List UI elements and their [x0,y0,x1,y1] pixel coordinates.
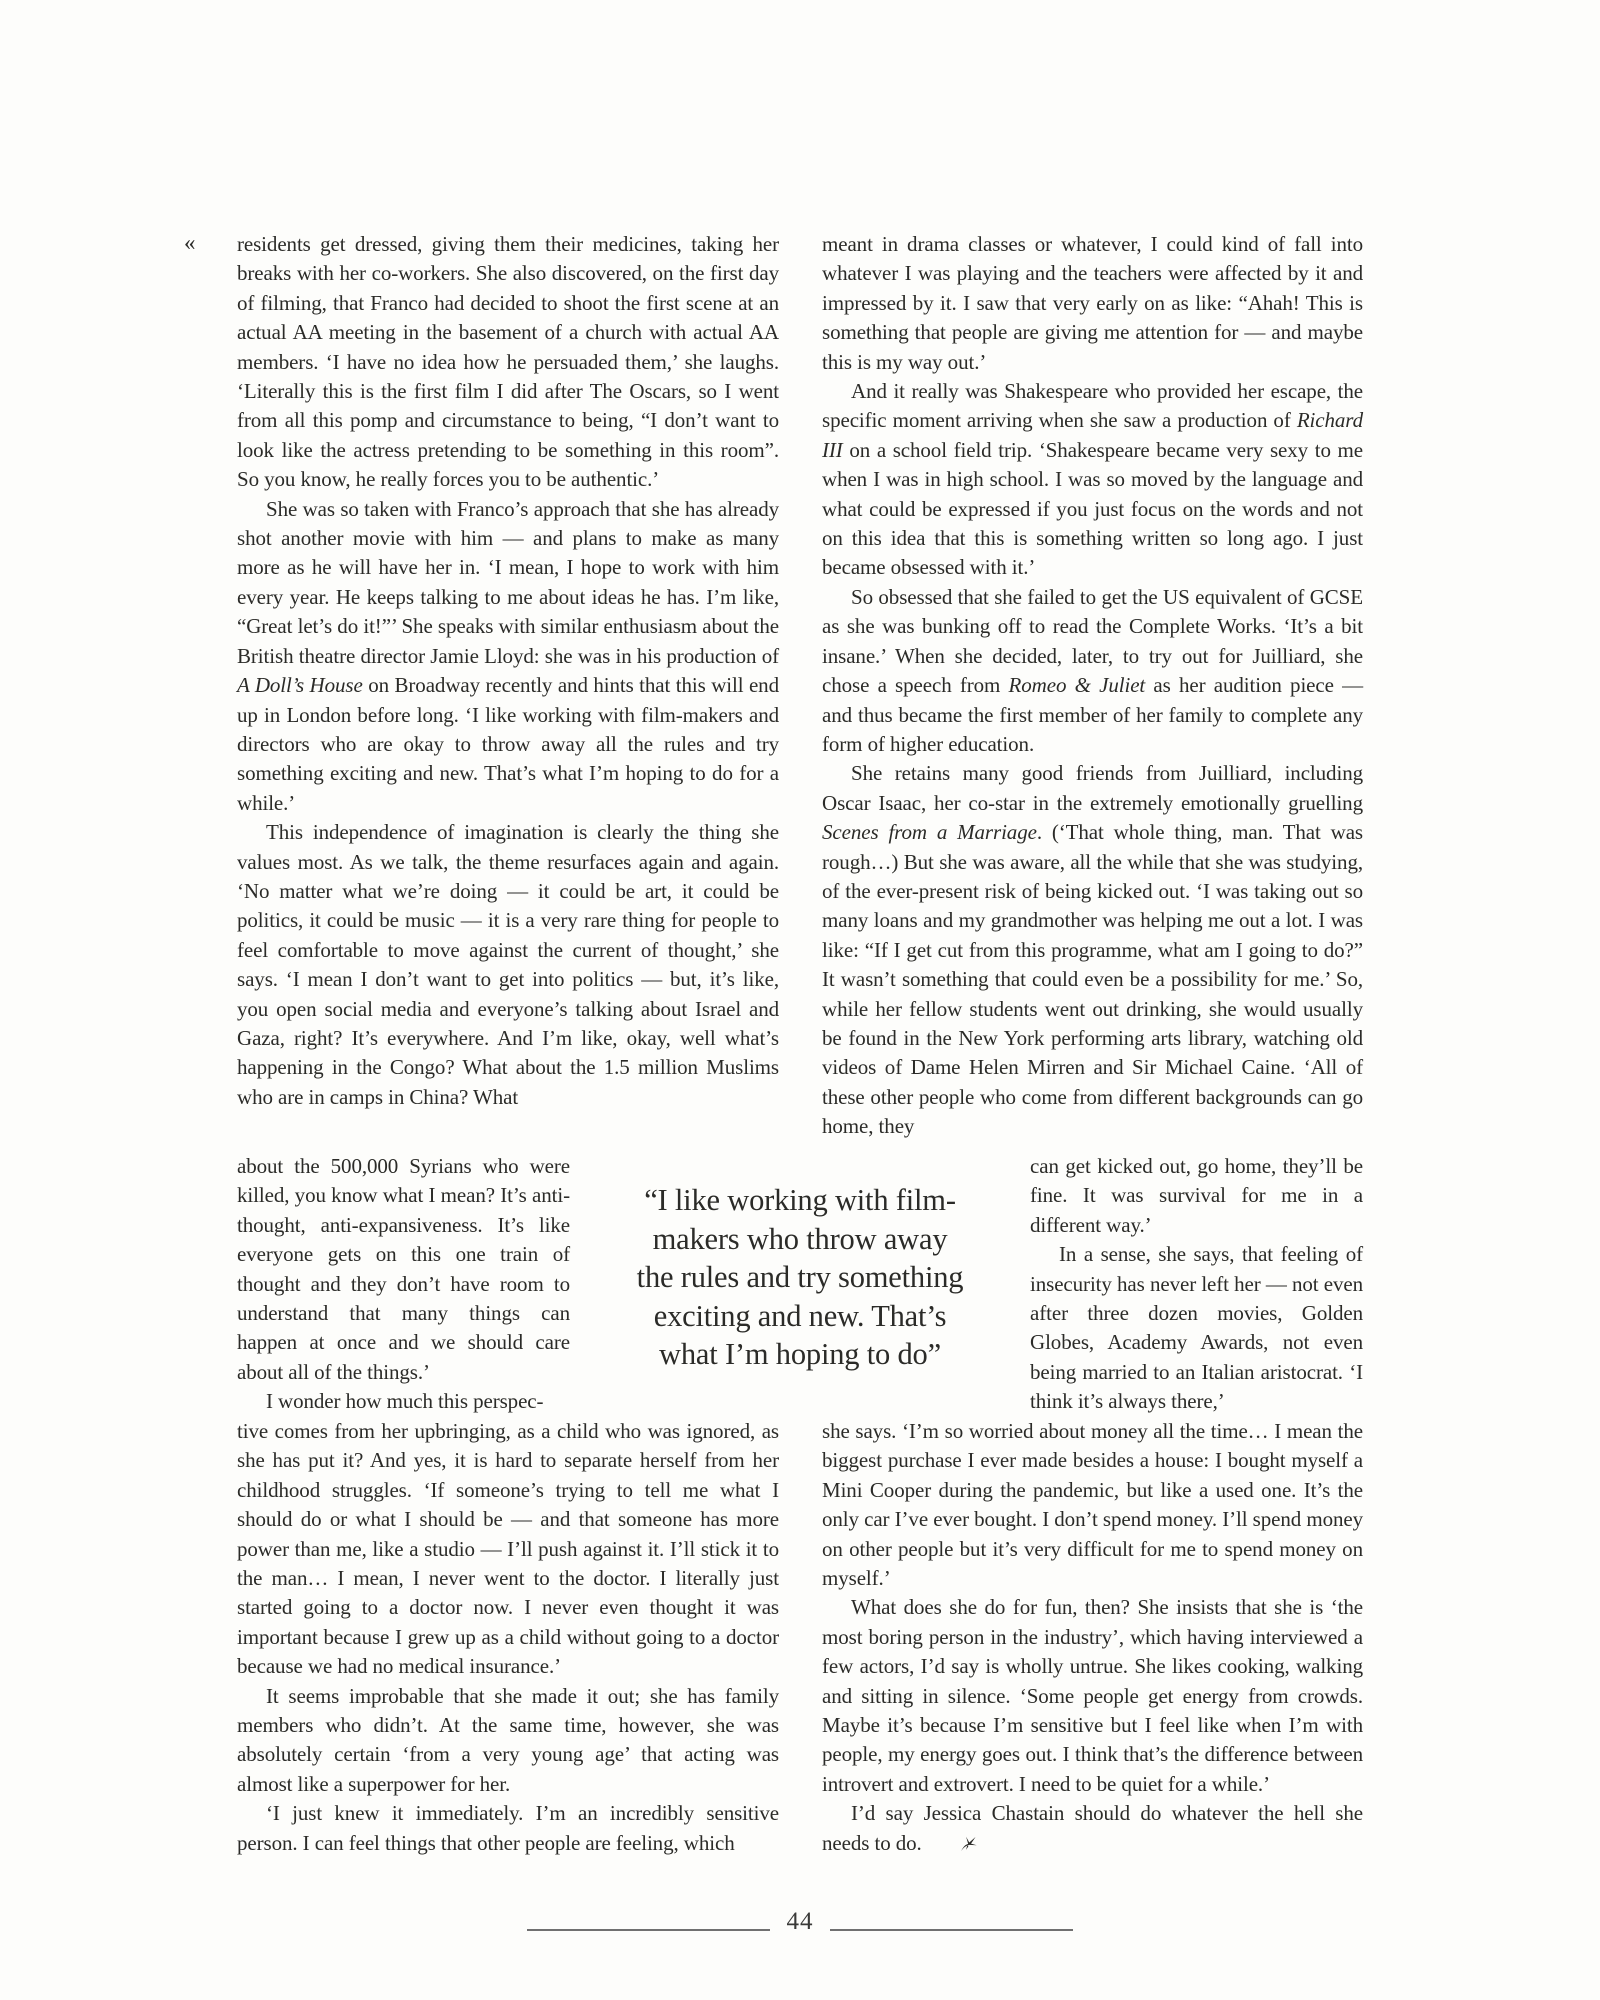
magazine-page: « residents get dressed, giving them the… [0,0,1600,2000]
pull-quote-line: makers who throw away [566,1220,1034,1259]
paragraph: about the 500,000 Syrians who were kille… [237,1152,570,1387]
body-text: And it really was Shakespeare who provid… [822,379,1363,432]
article-left-column-top: residents get dressed, giving them their… [237,230,779,1112]
paragraph: meant in drama classes or whatever, I co… [822,230,1363,377]
paragraph: And it really was Shakespeare who provid… [822,377,1363,583]
body-text: I wonder how much this perspec- [266,1389,543,1413]
body-text: residents get dressed, giving them their… [237,232,779,491]
body-text: I’d say Jessica Chastain should do whate… [822,1801,1363,1854]
body-text: What does she do for fun, then? She insi… [822,1595,1363,1795]
paragraph: She retains many good friends from Juill… [822,759,1363,1141]
body-text: about the 500,000 Syrians who were kille… [237,1154,570,1384]
pull-quote-line: what I’m hoping to do” [566,1335,1034,1374]
paragraph: she says. ‘I’m so worried about money al… [822,1417,1363,1593]
page-number: 44 [0,1908,1600,1936]
article-right-column-bottom: she says. ‘I’m so worried about money al… [822,1417,1363,1858]
hummingbird-end-mark [929,1829,978,1858]
body-text: tive comes from her upbringing, as a chi… [237,1419,779,1678]
italic-title-text: A Doll’s House [237,673,363,697]
paragraph: tive comes from her upbringing, as a chi… [237,1417,779,1682]
italic-title-text: Romeo & Juliet [1009,673,1146,697]
body-text: she says. ‘I’m so worried about money al… [822,1419,1363,1590]
body-text: She was so taken with Franco’s approach … [237,497,779,668]
paragraph: ‘I just knew it immediately. I’m an incr… [237,1799,779,1858]
article-left-column-bottom: tive comes from her upbringing, as a chi… [237,1417,779,1858]
body-text: ‘I just knew it immediately. I’m an incr… [237,1801,779,1854]
paragraph: It seems improbable that she made it out… [237,1682,779,1800]
pull-quote-line: “I like working with film- [566,1181,1034,1220]
body-text: meant in drama classes or whatever, I co… [822,232,1363,374]
paragraph: residents get dressed, giving them their… [237,230,779,495]
paragraph: I’d say Jessica Chastain should do whate… [822,1799,1363,1858]
body-text: . (‘That whole thing, man. That was roug… [822,820,1363,1138]
paragraph: I wonder how much this perspec- [237,1387,570,1416]
italic-title-text: Scenes from a Marriage [822,820,1037,844]
article-right-column-top: meant in drama classes or whatever, I co… [822,230,1363,1142]
article-left-column-beside-quote: about the 500,000 Syrians who were kille… [237,1152,570,1417]
paragraph: She was so taken with Franco’s approach … [237,495,779,818]
body-text: can get kicked out, go home, they’ll be … [1030,1154,1363,1237]
body-text: It seems improbable that she made it out… [237,1684,779,1796]
footer-rule-right [830,1929,1073,1931]
pull-quote-line: exciting and new. That’s [566,1297,1034,1336]
body-text: She retains many good friends from Juill… [822,761,1363,814]
paragraph: So obsessed that she failed to get the U… [822,583,1363,759]
paragraph: In a sense, she says, that feeling of in… [1030,1240,1363,1416]
paragraph: What does she do for fun, then? She insi… [822,1593,1363,1799]
body-text: on a school field trip. ‘Shakespeare bec… [822,438,1363,580]
pull-quote-line: the rules and try something [566,1258,1034,1297]
continued-from-marker: « [184,228,196,257]
body-text: In a sense, she says, that feeling of in… [1030,1242,1363,1413]
hummingbird-end-mark-icon [958,1834,978,1853]
pull-quote: “I like working with film-makers who thr… [566,1181,1034,1374]
paragraph: can get kicked out, go home, they’ll be … [1030,1152,1363,1240]
body-text: This independence of imagination is clea… [237,820,779,1109]
paragraph: This independence of imagination is clea… [237,818,779,1112]
article-right-column-beside-quote: can get kicked out, go home, they’ll be … [1030,1152,1363,1417]
